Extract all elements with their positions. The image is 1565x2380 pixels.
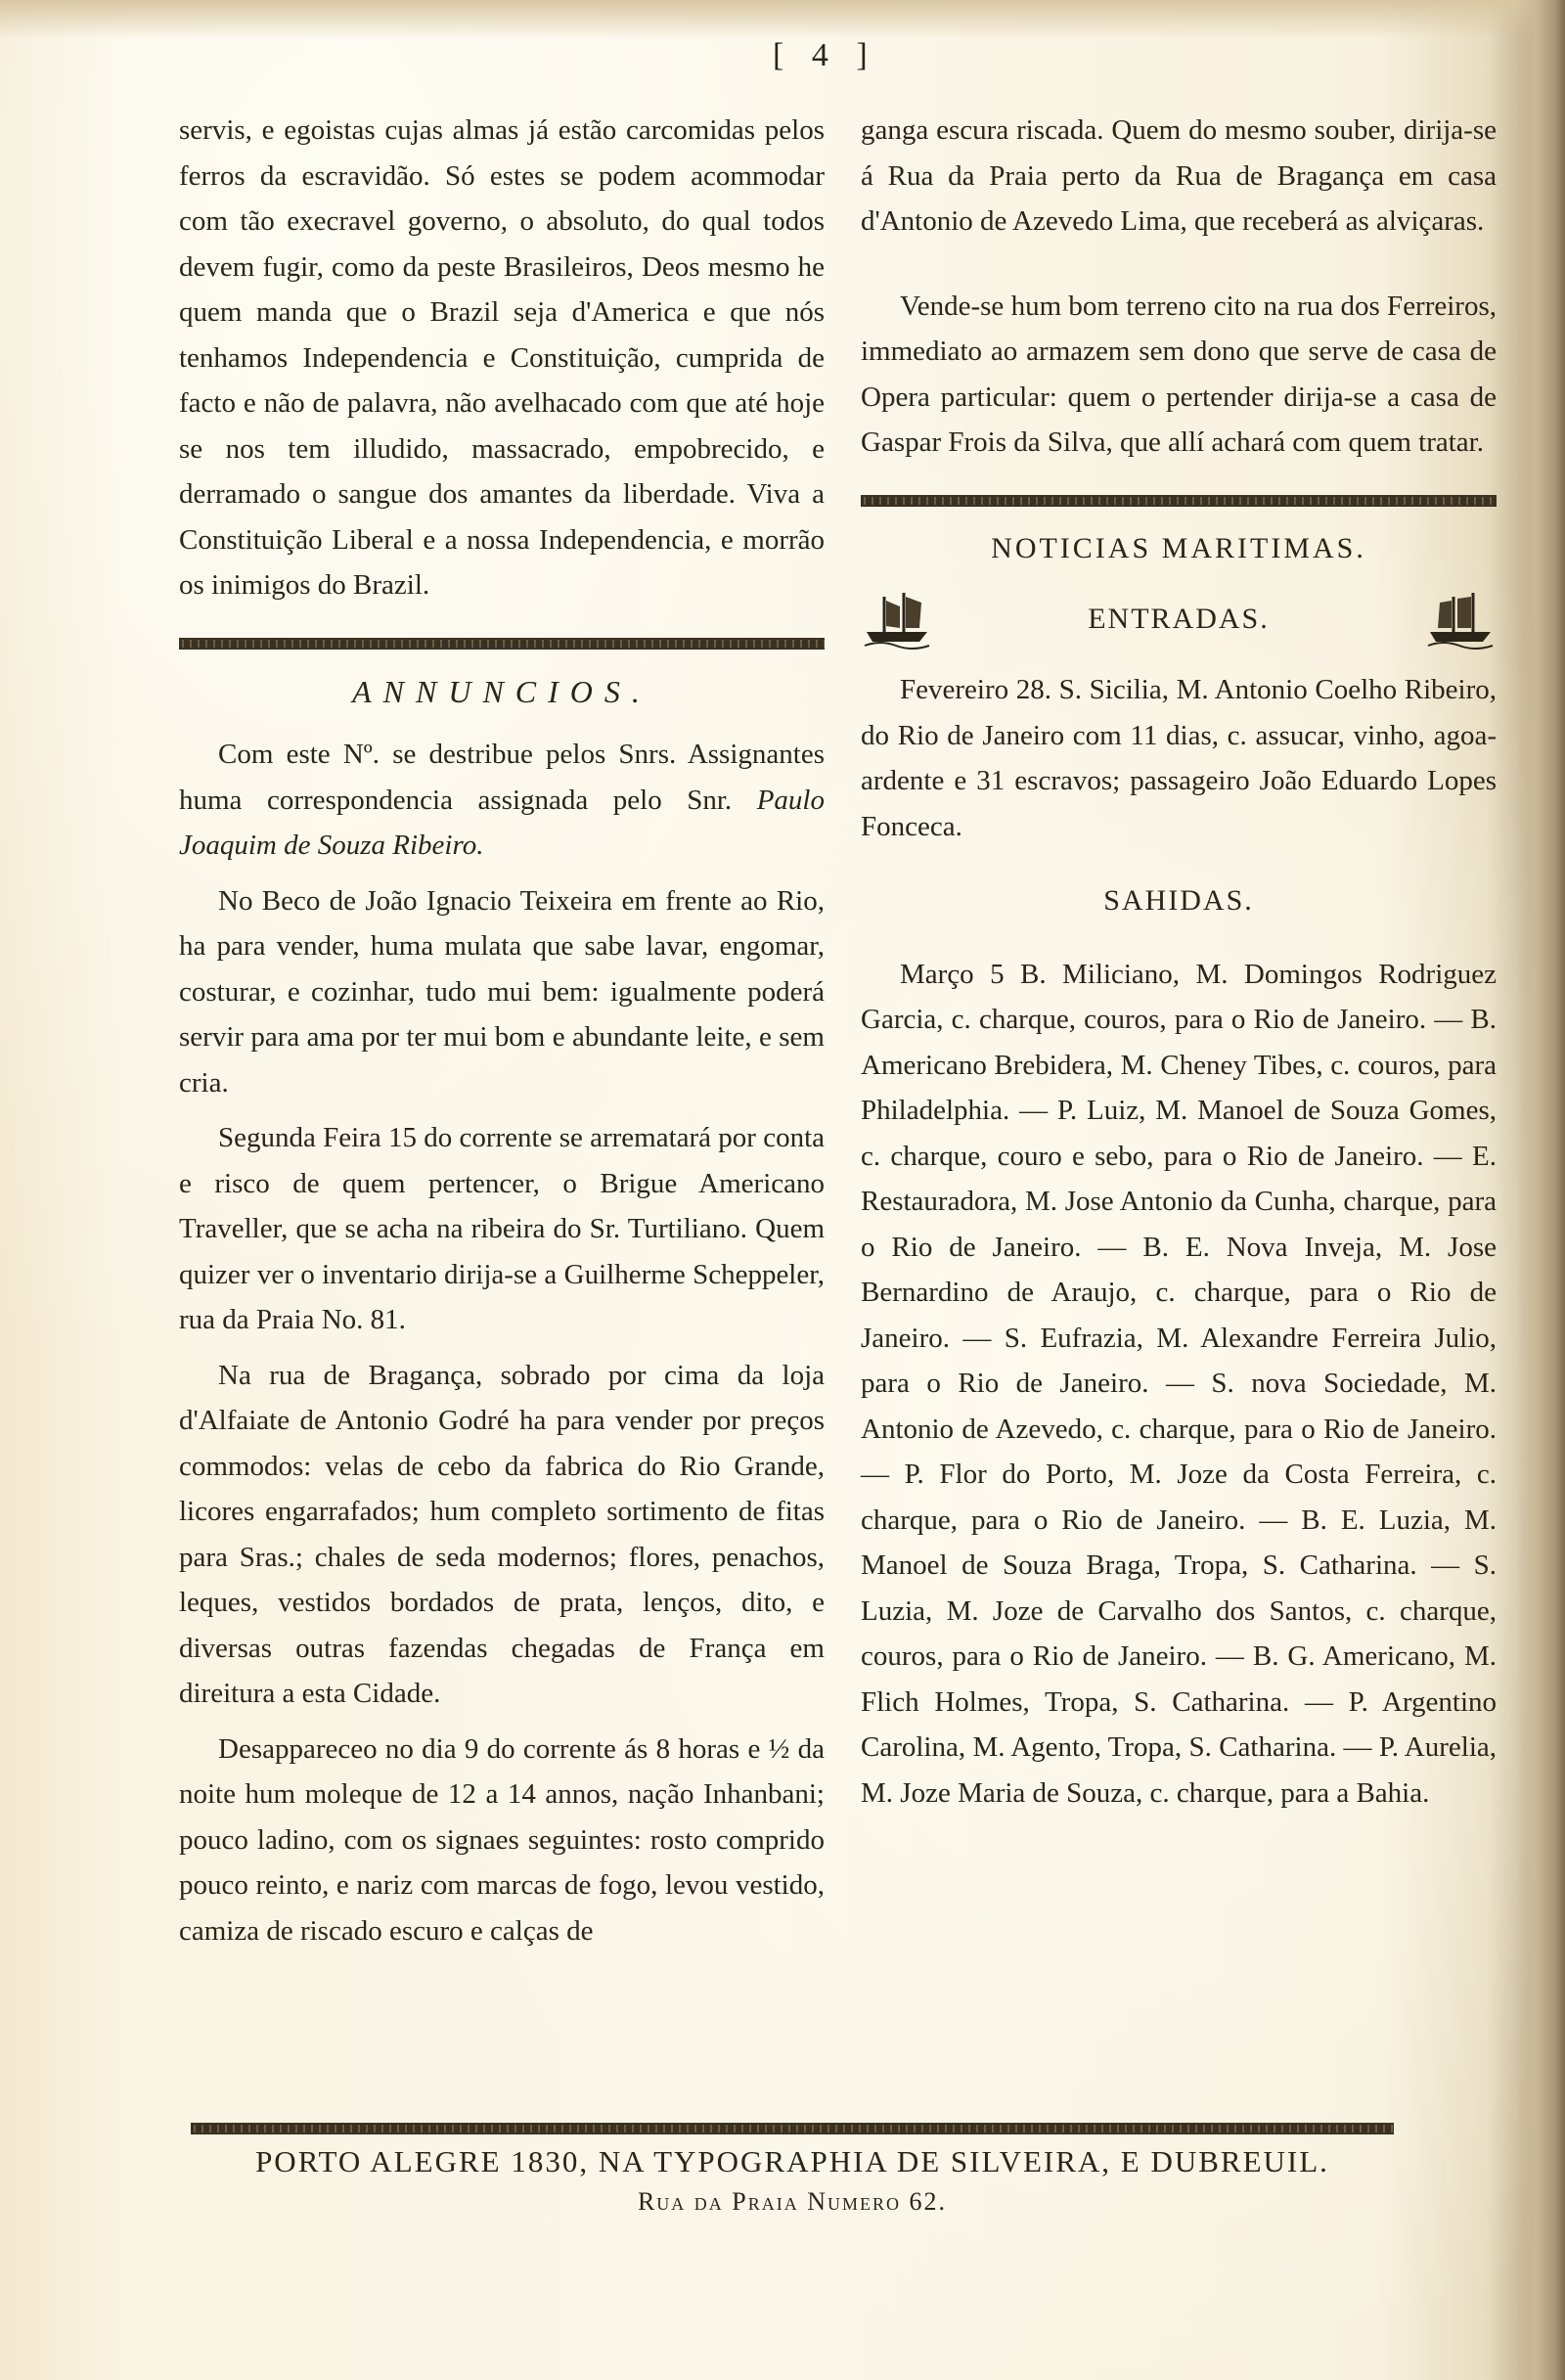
ship-icon [861,589,933,650]
sahidas-heading: SAHIDAS. [861,878,1497,924]
ad-correspondencia: Com este Nº. se destribue pelos Snrs. As… [179,732,825,869]
section-divider [179,638,825,650]
ad-continuation: ganga escura riscada. Quem do mesmo soub… [861,108,1497,245]
ad-moleque-desaparecido: Desappareceo no dia 9 do corrente ás 8 h… [179,1727,825,1954]
article-continuation: servis, e egoistas cujas almas já estão … [179,108,825,608]
book-spine-edge [1516,0,1565,2380]
page-number: [ 4 ] [773,37,877,74]
ad-terreno: Vende-se hum bom terreno cito na rua dos… [861,284,1497,466]
annuncios-heading: ANNUNCIOS. [179,669,825,715]
entradas-header: ENTRADAS. [861,589,1497,650]
ad-mulata: No Beco de João Ignacio Teixeira em fren… [179,878,825,1106]
entradas-heading: ENTRADAS. [1088,597,1270,643]
entradas-list: Fevereiro 28. S. Sicilia, M. Antonio Coe… [861,667,1497,849]
ad-brigue-traveller: Segunda Feira 15 do corrente se arremata… [179,1115,825,1343]
sahidas-list: Março 5 B. Miliciano, M. Domingos Rodrig… [861,952,1497,1817]
imprint-address: Rua da Praia Numero 62. [191,2187,1394,2217]
imprint-footer: PORTO ALEGRE 1830, NA TYPOGRAPHIA DE SIL… [191,2123,1394,2217]
imprint-line: PORTO ALEGRE 1830, NA TYPOGRAPHIA DE SIL… [191,2144,1394,2179]
noticias-maritimas-heading: NOTICIAS MARITIMAS. [861,526,1497,572]
ad-loja-alfaiate: Na rua de Bragança, sobrado por cima da … [179,1353,825,1717]
footer-divider [191,2123,1394,2134]
ship-icon [1424,589,1497,650]
left-column: servis, e egoistas cujas almas já estão … [179,108,825,1953]
section-divider [861,495,1497,507]
right-column: ganga escura riscada. Quem do mesmo soub… [861,108,1497,1816]
